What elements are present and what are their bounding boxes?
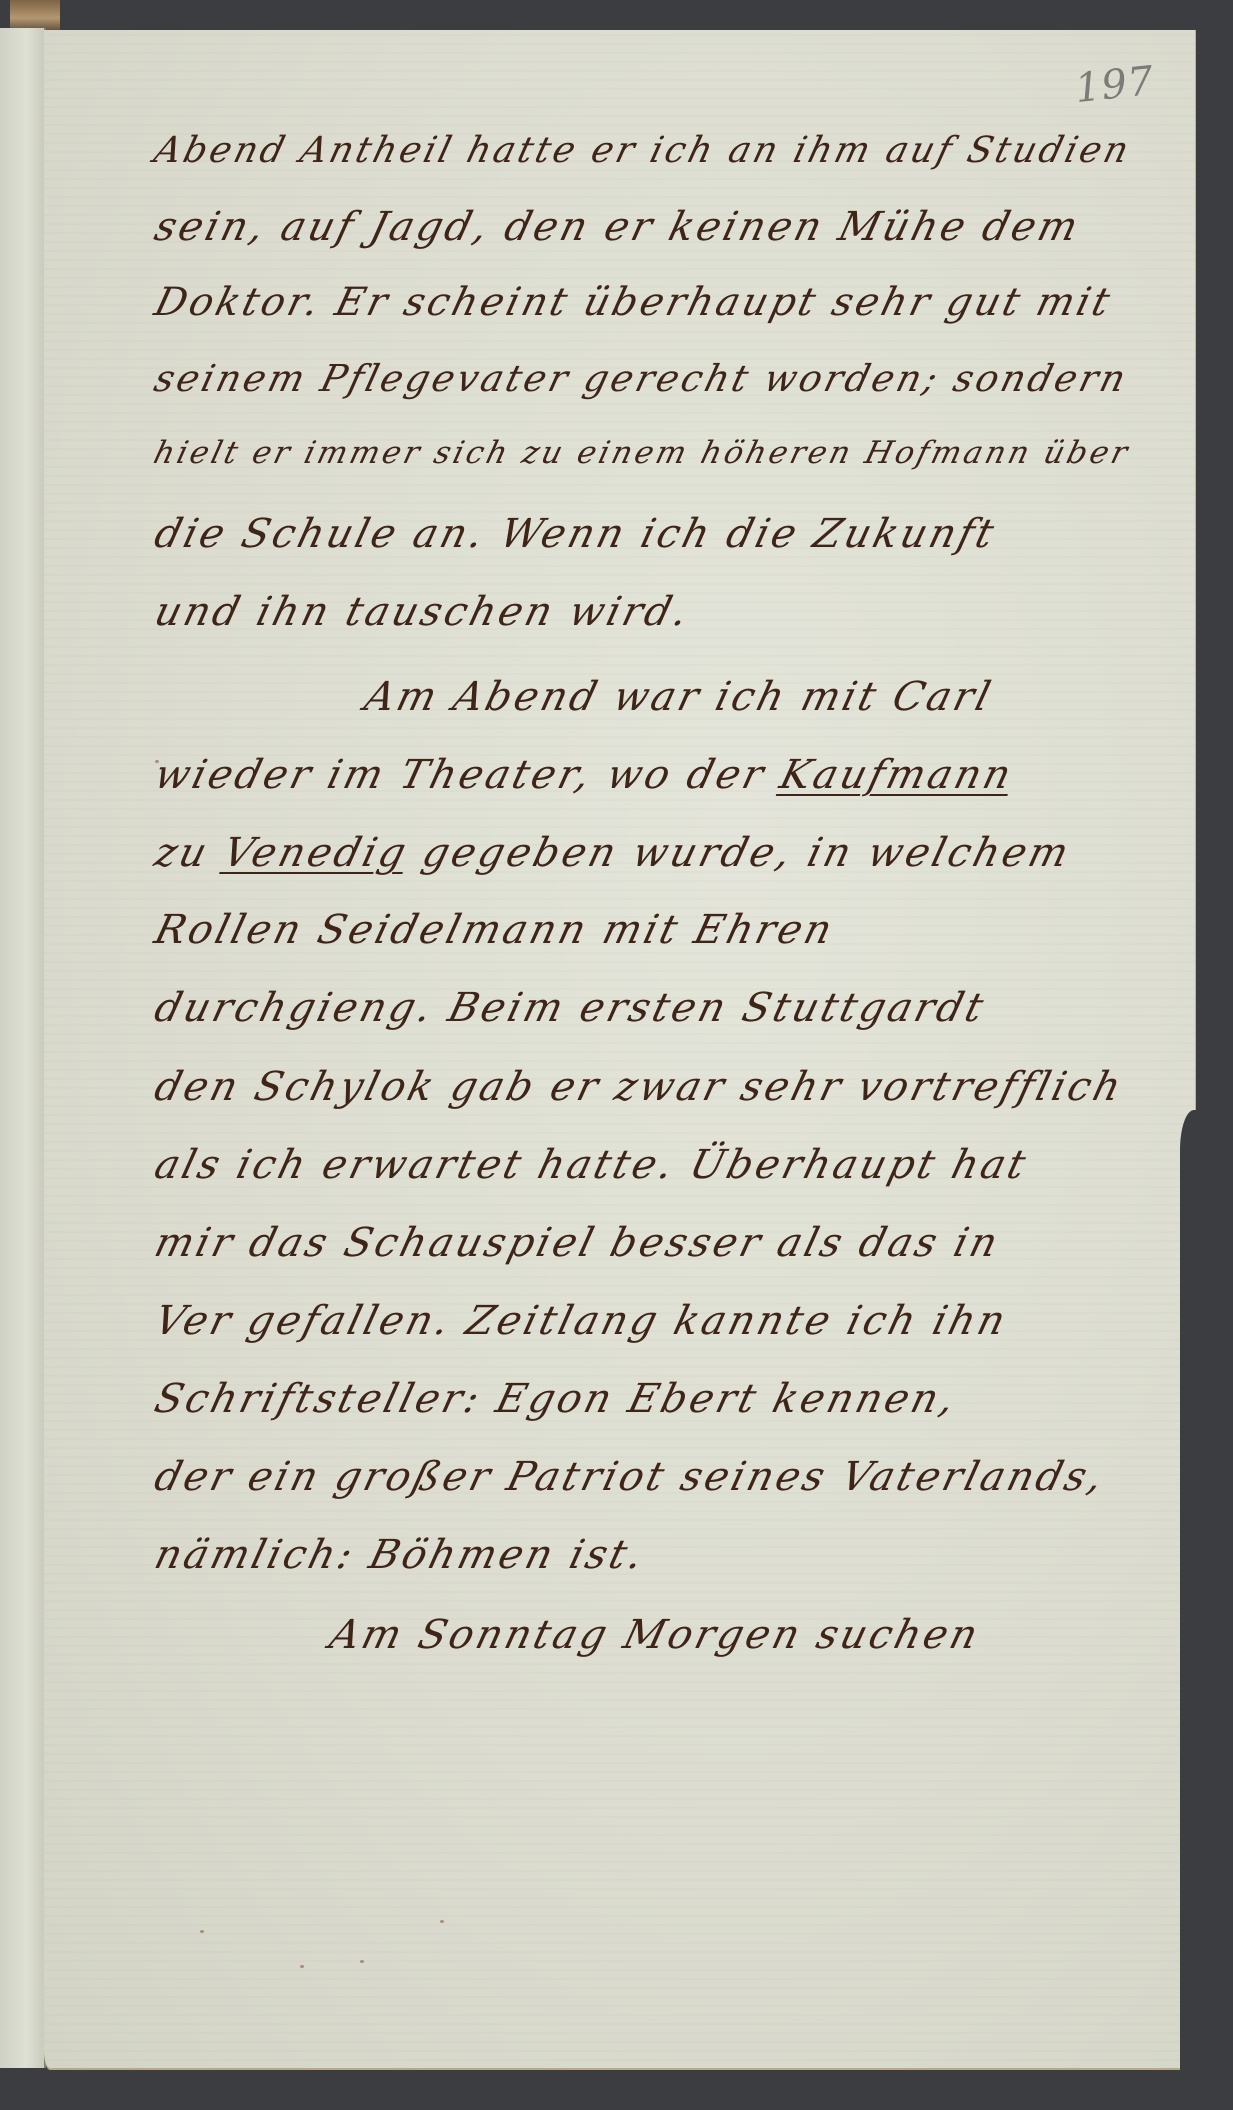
paper-speck (360, 1960, 364, 1963)
manuscript-line: sein, auf Jagd, den er keinen Mühe dem (150, 204, 1085, 250)
manuscript-line: Doktor. Er scheint überhaupt sehr gut mi… (150, 280, 1117, 325)
manuscript-line: seinem Pflegevater gerecht worden; sonde… (150, 357, 1133, 400)
manuscript-line: und ihn tauschen wird. (150, 589, 695, 635)
manuscript-line: zu Venedig gegeben wurde, in welchem (150, 830, 1076, 876)
manuscript-line: Am Sonntag Morgen suchen (325, 1612, 985, 1658)
manuscript-line: Ver gefallen. Zeitlang kannte ich ihn (150, 1298, 1013, 1344)
manuscript-line: mir das Schauspiel besser als das in (150, 1220, 1005, 1266)
manuscript-line: als ich erwartet hatte. Überhaupt hat (150, 1142, 1033, 1188)
manuscript-line: Schriftsteller: Egon Ebert kennen, (150, 1376, 962, 1422)
handwritten-text-block: Abend Antheil hatte er ich an ihm auf St… (0, 0, 1233, 2110)
manuscript-line: hielt er immer sich zu einem höheren Hof… (150, 435, 1134, 471)
paper-speck (155, 760, 159, 763)
manuscript-line: Abend Antheil hatte er ich an ihm auf St… (150, 130, 1136, 171)
underlined-word: Kaufmann (775, 752, 1018, 798)
manuscript-line: der ein großer Patriot seines Vaterlands… (150, 1454, 1110, 1500)
paper-speck (200, 1930, 204, 1933)
paper-speck (440, 1920, 444, 1923)
manuscript-line: wieder im Theater, wo der Kaufmann (150, 752, 1018, 798)
manuscript-line: Rollen Seidelmann mit Ehren (150, 907, 839, 953)
manuscript-line: nämlich: Böhmen ist. (150, 1532, 650, 1578)
manuscript-line: die Schule an. Wenn ich die Zukunft (150, 511, 1001, 557)
manuscript-scan: 197 Abend Antheil hatte er ich an ihm au… (0, 0, 1233, 2110)
paper-speck (300, 1965, 304, 1968)
manuscript-line: durchgieng. Beim ersten Stuttgardt (150, 985, 991, 1031)
manuscript-line: Am Abend war ich mit Carl (360, 674, 998, 720)
underlined-word: Venedig (219, 830, 414, 876)
manuscript-line: den Schylok gab er zwar sehr vortrefflic… (150, 1064, 1128, 1110)
